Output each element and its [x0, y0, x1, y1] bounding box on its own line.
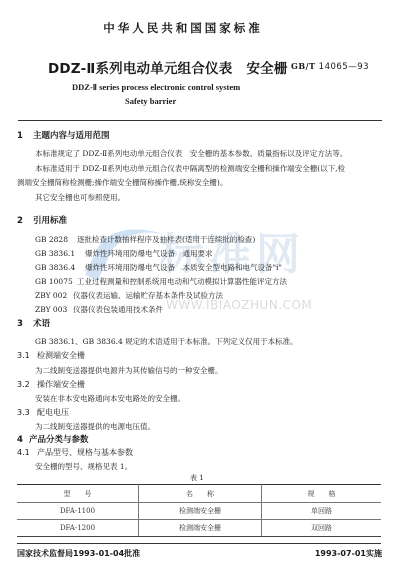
spec-table: 型 号 名 称 规 格 DFA-1100 检测端安全栅 单回路 DFA-1200…: [17, 484, 381, 537]
term-number: 3.2: [17, 380, 37, 389]
term-3-3-definition: 为二线制变送器提供的电源电压值。: [35, 421, 155, 432]
effective-date: 1993-07-01实施: [315, 548, 382, 559]
section-number: 4: [17, 435, 29, 445]
term-3-3-heading: 3.3配电电压: [17, 407, 69, 418]
reference-item: GB 2828逐批检查计数抽样程序及抽样表(适用于连续批的检查): [35, 234, 255, 245]
section-1-paragraph-2-cont: 测端安全栅简称检测栅;操作端安全栅简称操作栅,统称安全栅)。: [17, 177, 227, 188]
section-title: 产品分类与参数: [29, 435, 89, 445]
reference-title: 逐批检查计数抽样程序及抽样表(适用于连续批的检查): [77, 235, 255, 244]
reference-title: 爆炸性环境用防爆电气设备 通用要求: [85, 249, 213, 258]
reference-title: 工业过程测量和控制系统用电动和气动模拟计算器性能评定方法: [77, 277, 287, 286]
reference-title: 仪器仪表包装通用技术条件: [73, 305, 163, 314]
standard-prefix: GB/T: [291, 61, 315, 71]
reference-code: GB 2828: [35, 235, 73, 244]
table-header-row: 型 号 名 称 规 格: [17, 485, 381, 503]
reference-item: GB 3836.1爆炸性环境用防爆电气设备 通用要求: [35, 248, 213, 259]
cell-model: DFA-1200: [17, 520, 139, 537]
title-series: DDZ-Ⅱ系列电动单元组合仪表: [48, 61, 232, 77]
term-title: 配电电压: [37, 408, 69, 417]
reference-item: GB 3836.4爆炸性环境用防爆电气设备 本质安全型电路和电气设备"i": [35, 262, 282, 273]
term-number: 3.1: [17, 351, 37, 360]
column-header-spec: 规 格: [262, 485, 382, 503]
term-3-2-heading: 3.2操作端安全栅: [17, 379, 85, 390]
document-title-en-line2: Safety barrier: [125, 96, 176, 106]
cell-name: 检测端安全栅: [139, 503, 262, 520]
reference-item: ZBY 002仪器仪表运输、运输贮存基本条件及试验方法: [35, 290, 223, 301]
reference-item: ZBY 003仪器仪表包装通用技术条件: [35, 304, 163, 315]
subsection-number: 4.1: [17, 448, 37, 457]
header-divider: [18, 120, 382, 121]
reference-code: GB 10075: [35, 277, 73, 286]
approval-date: 国家技术监督局1993-01-04批准: [17, 548, 140, 559]
reference-code: ZBY 003: [35, 305, 69, 314]
subsection-4-1-heading: 4.1产品型号、规格与基本参数: [17, 447, 133, 458]
term-number: 3.3: [17, 408, 37, 417]
term-3-1-heading: 3.1检测端安全栅: [17, 350, 85, 361]
section-2-heading: 2引用标准: [17, 214, 67, 226]
section-number: 1: [17, 131, 33, 141]
subsection-4-1-text: 安全栅的型号、规格见表 1。: [35, 461, 132, 472]
term-3-2-definition: 安装在非本安电路通向本安电路处的安全栅。: [35, 393, 185, 404]
column-header-model: 型 号: [17, 485, 139, 503]
section-number: 2: [17, 216, 33, 226]
term-title: 检测端安全栅: [37, 351, 85, 360]
section-title: 引用标准: [33, 216, 67, 226]
subsection-title: 产品型号、规格与基本参数: [37, 448, 133, 457]
column-header-name: 名 称: [139, 485, 262, 503]
section-1-paragraph-1: 本标准规定了 DDZ-Ⅱ系列电动单元组合仪表 安全栅的基本参数、质量指标以及评定…: [35, 148, 347, 159]
table-row: DFA-1100 检测端安全栅 单回路: [17, 503, 381, 520]
table-caption: 表 1: [190, 473, 204, 483]
section-title: 术语: [33, 319, 50, 329]
cell-model: DFA-1100: [17, 503, 139, 520]
reference-code: GB 3836.4: [35, 263, 81, 272]
reference-item: GB 10075工业过程测量和控制系统用电动和气动模拟计算器性能评定方法: [35, 276, 287, 287]
document-title-en-line1: DDZ-Ⅱ series process electronic control …: [72, 82, 240, 93]
standard-number: 14065—93: [319, 62, 369, 72]
document-title-cn: DDZ-Ⅱ系列电动单元组合仪表安全栅: [48, 57, 288, 77]
reference-code: ZBY 002: [35, 291, 69, 300]
table-row: DFA-1200 检测端安全栅 双回路: [17, 520, 381, 537]
national-standard-header: 中华人民共和国国家标准: [0, 20, 400, 36]
section-1-paragraph-2: 本标准适用于 DDZ-Ⅱ系列电动单元组合仪表中隔离型的检测端安全栅和操作端安全栅…: [35, 163, 345, 174]
footer-divider: [17, 543, 381, 544]
standard-code: GB/T 14065—93: [291, 61, 369, 72]
cell-spec: 单回路: [262, 503, 382, 520]
term-3-1-definition: 为二线制变送器提供电源并为其传输信号的一种安全栅。: [35, 365, 223, 376]
section-number: 3: [17, 319, 33, 329]
reference-code: GB 3836.1: [35, 249, 81, 258]
reference-title: 仪器仪表运输、运输贮存基本条件及试验方法: [73, 291, 223, 300]
reference-title: 爆炸性环境用防爆电气设备 本质安全型电路和电气设备"i": [85, 263, 282, 272]
title-product: 安全栅: [246, 61, 287, 77]
cell-spec: 双回路: [262, 520, 382, 537]
section-3-heading: 3术语: [17, 317, 50, 329]
section-1-heading: 1主题内容与适用范围: [17, 129, 110, 141]
section-4-heading: 4产品分类与参数: [17, 433, 89, 445]
section-1-paragraph-3: 其它安全栅也可参照使用。: [35, 192, 125, 203]
section-3-intro: GB 3836.1、GB 3836.4 规定的术语适用于本标准。下列定义仅用于本…: [35, 336, 298, 347]
term-title: 操作端安全栅: [37, 380, 85, 389]
cell-name: 检测端安全栅: [139, 520, 262, 537]
national-standard-label: 中华人民共和国国家标准: [103, 21, 263, 35]
section-title: 主题内容与适用范围: [33, 131, 110, 141]
